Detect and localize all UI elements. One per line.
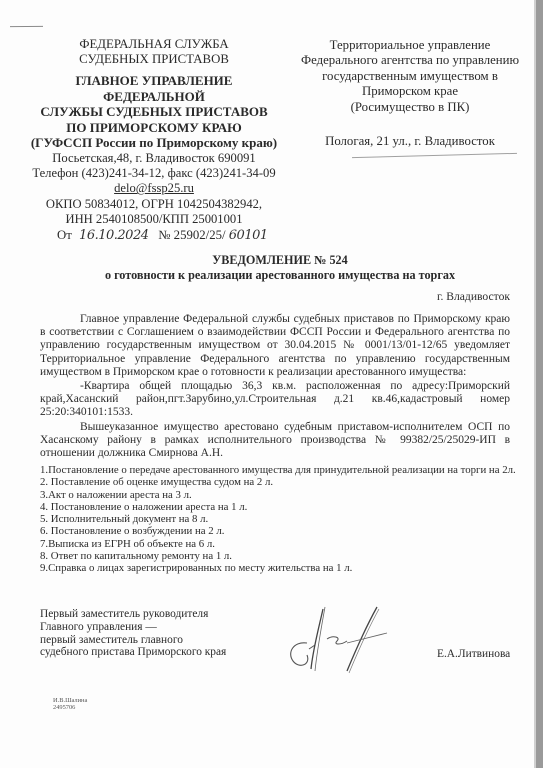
recipient-line: (Росимущество в ПК) <box>290 100 530 115</box>
sender-dept-line: ПО ПРИМОРСКОМУ КРАЮ <box>20 120 288 136</box>
position-line: Первый заместитель руководителя <box>40 608 260 621</box>
attachments-list: 1.Постановление о передаче арестованного… <box>40 464 520 575</box>
sender-address: Посьетская,48, г. Владивосток 690091 <box>20 151 288 166</box>
attachment-item: 1.Постановление о передаче арестованного… <box>40 464 520 476</box>
position-line: судебного пристава Приморского края <box>40 646 260 659</box>
handwritten-signature-icon <box>285 605 400 675</box>
number-printed: 25902/25/ <box>174 228 226 242</box>
recipient-address: Пологая, 21 ул., г. Владивосток <box>290 134 530 149</box>
sender-org-line: СУДЕБНЫХ ПРИСТАВОВ <box>20 52 288 67</box>
attachment-item: 4. Постановление о наложении ареста на 1… <box>40 501 520 513</box>
sender-dept-line: СЛУЖБЫ СУДЕБНЫХ ПРИСТАВОВ <box>20 104 288 120</box>
position-line: первый заместитель главного <box>40 634 260 647</box>
attachment-item: 5. Исполнительный документ на 8 л. <box>40 513 520 525</box>
signatory-position: Первый заместитель руководителя Главного… <box>40 608 260 659</box>
scanned-document-page: ФЕДЕРАЛЬНАЯ СЛУЖБА СУДЕБНЫХ ПРИСТАВОВ ГЛ… <box>0 0 543 768</box>
outgoing-reference: От 16.10.2024 № 25902/25/ 60101 <box>57 228 268 243</box>
sender-codes: ОКПО 50834012, ОГРН 1042504382942, <box>20 197 288 212</box>
body-paragraph: Вышеуказанное имущество арестовано судеб… <box>40 421 510 461</box>
sender-header: ФЕДЕРАЛЬНАЯ СЛУЖБА СУДЕБНЫХ ПРИСТАВОВ ГЛ… <box>20 37 288 227</box>
sender-codes: ИНН 2540108500/КПП 25001001 <box>20 212 288 227</box>
position-line: Главного управления — <box>40 621 260 634</box>
notice-body: Главное управление Федеральной службы су… <box>40 313 510 460</box>
attachment-item: 6. Постановление о возбуждении на 2 л. <box>40 525 520 537</box>
from-label: От <box>57 228 72 242</box>
body-paragraph: Главное управление Федеральной службы су… <box>40 313 510 379</box>
recipient-line: Приморском крае <box>290 84 530 99</box>
attachment-item: 9.Справка о лицах зарегистрированных по … <box>40 562 520 574</box>
notice-title: УВЕДОМЛЕНИЕ № 524 <box>40 253 520 268</box>
attachment-item: 8. Ответ по капитальному ремонту на 1 л. <box>40 550 520 562</box>
scan-artifact-line <box>10 26 43 27</box>
attachment-item: 2. Поставление об оценке имущества судом… <box>40 476 520 488</box>
notice-title-block: УВЕДОМЛЕНИЕ № 524 о готовности к реализа… <box>40 253 520 283</box>
sender-dept-line: ФЕДЕРАЛЬНОЙ <box>20 89 288 105</box>
recipient-line: государственным имуществом в <box>290 69 530 84</box>
handwritten-number: 60101 <box>229 228 268 243</box>
notice-city: г. Владивосток <box>380 290 510 303</box>
scan-artifact-line <box>352 153 517 158</box>
number-label: № <box>158 228 170 242</box>
body-paragraph-property: -Квартира общей площадью 36,3 кв.м. расп… <box>40 380 510 420</box>
sender-dept-line: ГЛАВНОЕ УПРАВЛЕНИЕ <box>20 73 288 89</box>
executor-phone: 2495706 <box>53 704 87 711</box>
sender-dept-short: (ГУФССП России по Приморскому краю) <box>20 135 288 151</box>
signatory-name: Е.А.Литвинова <box>437 648 510 660</box>
executor-name: И.В.Шалина <box>53 697 87 704</box>
handwritten-date: 16.10.2024 <box>79 228 151 243</box>
recipient-line: Федерального агентства по управлению <box>290 53 530 68</box>
notice-subtitle: о готовности к реализации арестованного … <box>40 268 520 283</box>
attachment-item: 7.Выписка из ЕГРН об объекте на 6 л. <box>40 538 520 550</box>
attachment-item: 3.Акт о наложении ареста на 3 л. <box>40 489 520 501</box>
recipient-header: Территориальное управление Федерального … <box>290 38 530 115</box>
sender-org-line: ФЕДЕРАЛЬНАЯ СЛУЖБА <box>20 37 288 52</box>
executor-info: И.В.Шалина 2495706 <box>53 697 87 712</box>
recipient-line: Территориальное управление <box>290 38 530 53</box>
scan-edge-strip <box>536 0 543 768</box>
sender-phone: Телефон (423)241-34-12, факс (423)241-34… <box>20 166 288 181</box>
sender-email-link[interactable]: delo@fssp25.ru <box>20 181 288 196</box>
